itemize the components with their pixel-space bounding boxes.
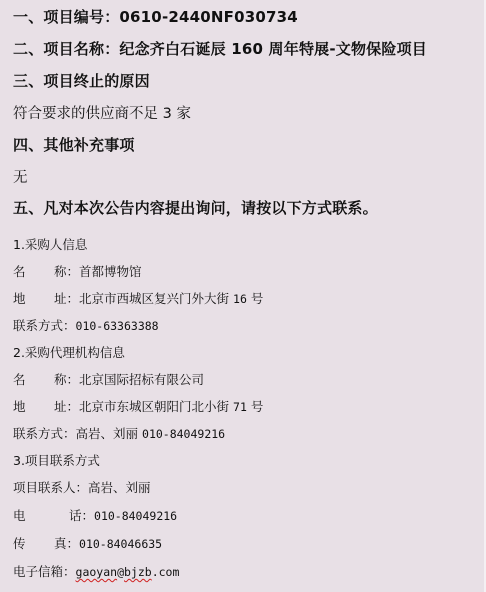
agency-title: 2.采购代理机构信息 — [13, 343, 125, 361]
project-contact-fax-value: 010-84046635 — [79, 537, 162, 551]
section-4-heading: 四、其他补充事项 — [13, 134, 135, 155]
project-contact-title: 3.项目联系方式 — [13, 451, 100, 469]
name-label-a: 名 — [13, 370, 54, 388]
purchaser-contact-value: 010-63363388 — [76, 319, 159, 333]
purchaser-name-value: 首都博物馆 — [79, 264, 142, 279]
address-label-b: 址： — [54, 397, 79, 415]
purchaser-address-value: 北京市西城区复兴门外大街 — [79, 291, 229, 306]
contact-label: 联系方式： — [13, 318, 76, 333]
section-1-heading: 一、项目编号：0610-2440NF030734 — [13, 6, 298, 27]
agency-address-row: 地址：北京市东城区朝阳门北小街 71 号 — [13, 397, 263, 415]
section-3-body: 符合要求的供应商不足 3 家 — [13, 102, 191, 123]
agency-name-row: 名称：北京国际招标有限公司 — [13, 370, 204, 388]
phone-label-a: 电 — [13, 506, 69, 524]
phone-label-b: 话： — [69, 506, 94, 524]
email-label: 电子信箱： — [13, 564, 76, 579]
project-contact-person-row: 项目联系人：高岩、刘丽 — [13, 478, 151, 496]
email-user: gaoyan — [76, 565, 118, 579]
purchaser-address-suffix: 号 — [251, 291, 264, 306]
purchaser-title: 1.采购人信息 — [13, 235, 87, 253]
project-contact-person-value: 高岩、刘丽 — [88, 480, 151, 495]
email-at: @ — [117, 565, 124, 579]
purchaser-contact-row: 联系方式：010-63363388 — [13, 316, 159, 334]
fax-label-a: 传 — [13, 534, 54, 552]
project-contact-fax-row: 传真：010-84046635 — [13, 534, 162, 552]
address-label-b: 址： — [54, 289, 79, 307]
fax-label-b: 真： — [54, 534, 79, 552]
section-5-heading: 五、凡对本次公告内容提出询问，请按以下方式联系。 — [13, 197, 378, 218]
purchaser-name-row: 名称：首都博物馆 — [13, 262, 142, 280]
project-contact-phone-row: 电话：010-84049216 — [13, 506, 177, 524]
project-contact-email-row: 电子信箱：gaoyan@bjzb.com — [13, 562, 179, 580]
purchaser-address-number: 16 — [233, 292, 247, 306]
section-3-heading: 三、项目终止的原因 — [13, 70, 150, 91]
agency-name-value: 北京国际招标有限公司 — [79, 372, 204, 387]
purchaser-address-row: 地址：北京市西城区复兴门外大街 16 号 — [13, 289, 263, 307]
agency-contact-phone: 010-84049216 — [142, 427, 225, 441]
name-label-b: 称： — [54, 370, 79, 388]
email-tld: .com — [152, 565, 180, 579]
project-contact-phone-value: 010-84049216 — [94, 509, 177, 523]
address-label-a: 地 — [13, 289, 54, 307]
email-link[interactable]: gaoyan@bjzb.com — [76, 565, 180, 579]
agency-address-value: 北京市东城区朝阳门北小街 — [79, 399, 229, 414]
agency-contact-people: 高岩、刘丽 — [76, 426, 139, 441]
address-label-a: 地 — [13, 397, 54, 415]
agency-contact-row: 联系方式：高岩、刘丽 010-84049216 — [13, 424, 225, 442]
section-2-heading: 二、项目名称：纪念齐白石诞辰 160 周年特展-文物保险项目 — [13, 38, 427, 59]
name-label-b: 称： — [54, 262, 79, 280]
agency-address-number: 71 — [233, 400, 247, 414]
section-4-body: 无 — [13, 166, 28, 187]
agency-address-suffix: 号 — [251, 399, 264, 414]
name-label-a: 名 — [13, 262, 54, 280]
email-domain: bjzb — [124, 565, 152, 579]
person-label: 项目联系人： — [13, 480, 88, 495]
contact-label: 联系方式： — [13, 426, 76, 441]
